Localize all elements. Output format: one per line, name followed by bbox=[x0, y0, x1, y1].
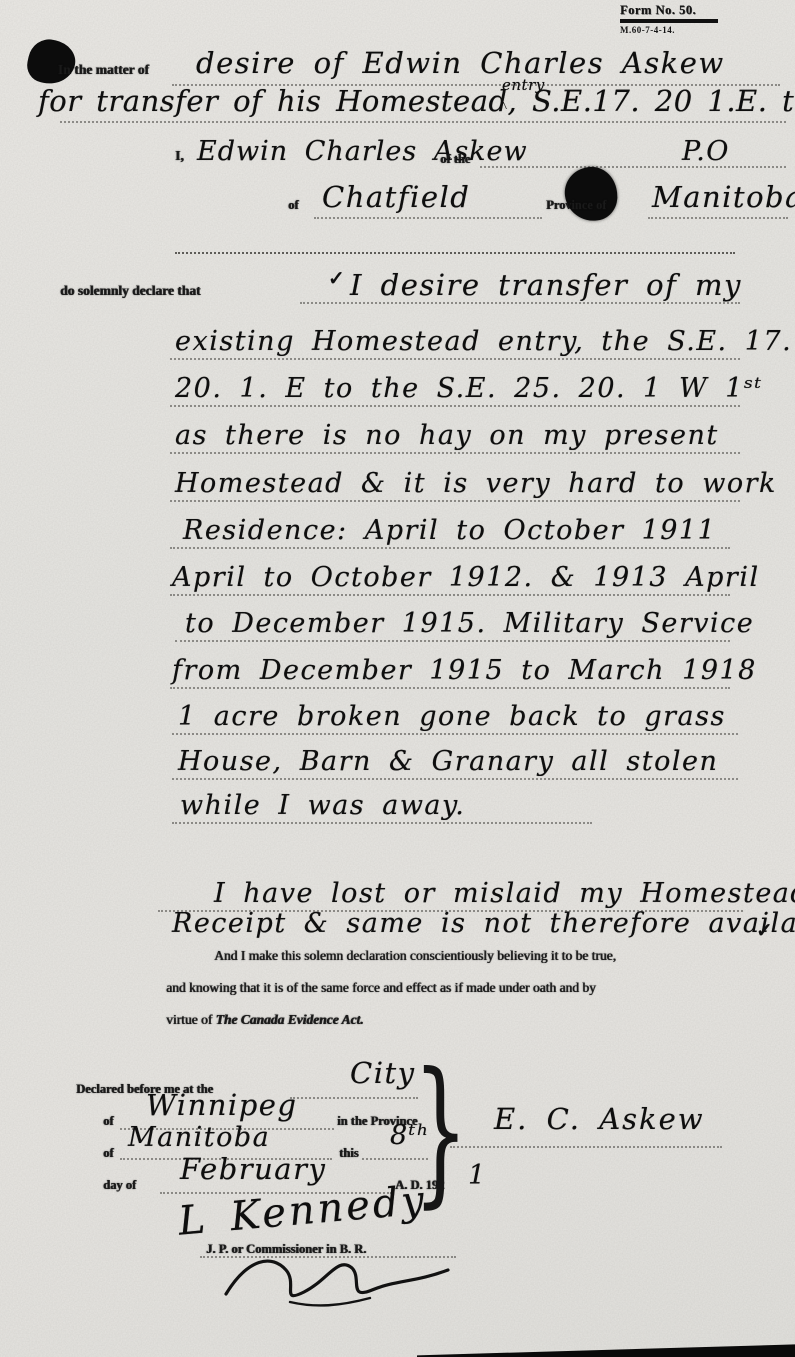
oath-line-2: and knowing that it is of the same force… bbox=[166, 980, 596, 996]
declarant-signature: E. C. Askew bbox=[494, 1102, 705, 1136]
dotted-rule bbox=[175, 640, 730, 642]
matter-line-2: for transfer of his Homestead, S.E.17. 2… bbox=[38, 84, 795, 118]
lost-receipt-line-1: I have lost or mislaid my Homestead bbox=[214, 878, 795, 909]
declaration-line: from December 1915 to March 1918 bbox=[172, 655, 757, 686]
declaration-line: existing Homestead entry, the S.E. 17. bbox=[175, 326, 792, 357]
dotted-rule bbox=[170, 594, 730, 596]
matter-line-1: desire of Edwin Charles Askew bbox=[196, 46, 725, 80]
dotted-rule bbox=[170, 405, 740, 407]
dotted-rule bbox=[170, 547, 730, 549]
dotted-rule bbox=[170, 500, 740, 502]
oath-line-1: And I make this solemn declaration consc… bbox=[214, 948, 616, 964]
year-digit: 1 bbox=[468, 1160, 487, 1191]
dotted-rule bbox=[480, 166, 786, 168]
form-number: Form No. 50. bbox=[620, 3, 718, 18]
place-type-value: City bbox=[350, 1056, 416, 1090]
dotted-rule bbox=[172, 822, 592, 824]
dotted-rule bbox=[648, 217, 788, 219]
dotted-rule bbox=[300, 302, 740, 304]
initials-scribble bbox=[220, 1248, 460, 1312]
province-of-label: Province of bbox=[546, 198, 607, 213]
lost-receipt-line-2: Receipt & same is not therefore availabl… bbox=[172, 908, 795, 939]
declaration-line: Residence: April to October 1911 bbox=[183, 515, 716, 546]
province-value: Manitoba bbox=[652, 180, 795, 214]
dotted-rule bbox=[60, 121, 786, 123]
dotted-rule bbox=[170, 687, 730, 689]
of-label: of bbox=[288, 198, 298, 213]
month-value: February bbox=[180, 1152, 326, 1186]
dotted-rule bbox=[170, 452, 740, 454]
dotted-rule bbox=[450, 1146, 722, 1148]
declaration-line: April to October 1912. & 1913 April bbox=[172, 562, 760, 593]
dotted-rule bbox=[170, 358, 740, 360]
canada-evidence-act-title: The Canada Evidence Act. bbox=[216, 1012, 364, 1027]
declaration-line: Homestead & it is very hard to work bbox=[175, 468, 777, 499]
print-code: M.60-7-4-14. bbox=[620, 25, 718, 35]
dotted-rule bbox=[172, 733, 738, 735]
city-value: Winnipeg bbox=[146, 1088, 298, 1122]
of-the-label: of the bbox=[440, 152, 470, 167]
oath-line-3-prefix: virtue of bbox=[166, 1012, 216, 1027]
day-of-label: day of bbox=[103, 1178, 136, 1193]
declaration-line: 20. 1. E to the S.E. 25. 20. 1 W 1ˢᵗ bbox=[175, 373, 763, 404]
check-mark: ✓ bbox=[756, 918, 773, 943]
form-number-underline bbox=[620, 19, 718, 23]
declaration-line: as there is no hay on my present bbox=[175, 420, 719, 451]
declaration-line: to December 1915. Military Service bbox=[185, 608, 754, 639]
po-value: P.O bbox=[682, 136, 730, 167]
ink-blot bbox=[561, 164, 620, 225]
i-comma-label: I, bbox=[175, 148, 184, 164]
commissioner-signature: L Kennedy bbox=[176, 1177, 428, 1245]
dotted-rule bbox=[314, 217, 542, 219]
this-label: this bbox=[339, 1146, 358, 1161]
dotted-rule bbox=[172, 778, 738, 780]
check-mark: ✓ bbox=[328, 266, 345, 291]
province-value-jurat: Manitoba bbox=[128, 1122, 270, 1153]
in-the-matter-label: In the matter of bbox=[58, 62, 149, 78]
of-label-jurat-1: of bbox=[103, 1114, 113, 1129]
declaration-line: I desire transfer of my bbox=[350, 268, 742, 302]
place-value: Chatfield bbox=[322, 180, 470, 214]
declaration-line: while I was away. bbox=[180, 790, 465, 821]
oath-line-3: virtue of The Canada Evidence Act. bbox=[166, 1012, 364, 1028]
scan-edge-artifact bbox=[417, 1343, 795, 1357]
declarant-name: Edwin Charles Askew bbox=[197, 136, 528, 167]
dotted-rule bbox=[175, 252, 735, 254]
declare-label: do solemnly declare that bbox=[60, 283, 200, 299]
of-label-jurat-2: of bbox=[103, 1146, 113, 1161]
dotted-rule bbox=[290, 1097, 418, 1099]
form-number-block: Form No. 50. M.60-7-4-14. bbox=[620, 3, 718, 35]
declaration-line: 1 acre broken gone back to grass bbox=[178, 701, 726, 732]
declaration-line: House, Barn & Granary all stolen bbox=[178, 746, 718, 777]
scanned-declaration-document: Form No. 50. M.60-7-4-14. In the matter … bbox=[0, 0, 795, 1357]
